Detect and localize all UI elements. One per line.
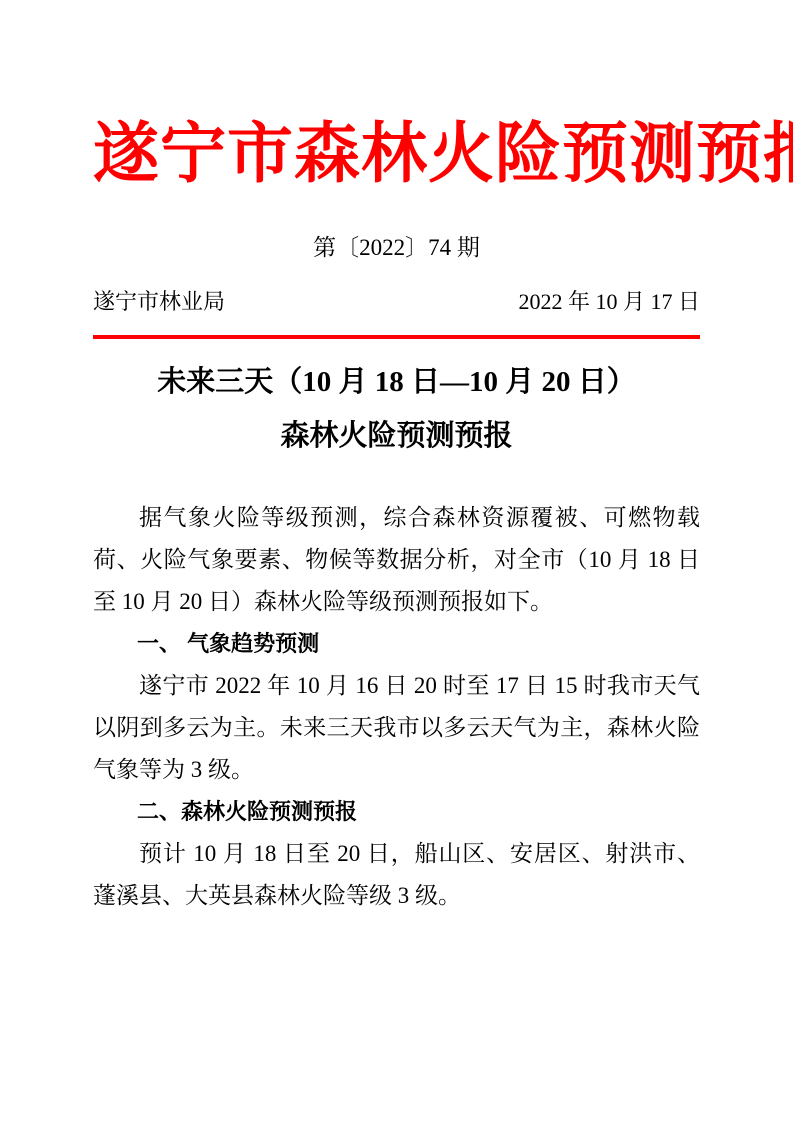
issue-number: 第〔2022〕74 期 xyxy=(93,233,700,263)
section-2-title: 二、森林火险预测预报 xyxy=(93,791,700,833)
intro-paragraph: 据气象火险等级预测，综合森林资源覆被、可燃物载荷、火险气象要素、物候等数据分析，… xyxy=(93,497,700,623)
section-2-paragraph: 预计 10 月 18 日至 20 日，船山区、安居区、射洪市、蓬溪县、大英县森林… xyxy=(93,833,700,917)
publisher-name: 遂宁市林业局 xyxy=(93,287,225,317)
document-heading-line2: 森林火险预测预报 xyxy=(93,409,700,463)
section-1-title: 一、 气象趋势预测 xyxy=(93,623,700,665)
document-body: 据气象火险等级预测，综合森林资源覆被、可燃物载荷、火险气象要素、物候等数据分析，… xyxy=(93,497,700,917)
document-heading: 未来三天（10 月 18 日—10 月 20 日） 森林火险预测预报 xyxy=(93,355,700,463)
document-heading-line1: 未来三天（10 月 18 日—10 月 20 日） xyxy=(93,355,700,409)
masthead-divider xyxy=(93,335,700,339)
masthead-title: 遂宁市森林火险预测预报 xyxy=(93,0,700,195)
publisher-row: 遂宁市林业局 2022 年 10 月 17 日 xyxy=(93,287,700,317)
publish-date: 2022 年 10 月 17 日 xyxy=(518,287,700,317)
section-1-paragraph: 遂宁市 2022 年 10 月 16 日 20 时至 17 日 15 时我市天气… xyxy=(93,665,700,791)
document-page: 遂宁市森林火险预测预报 第〔2022〕74 期 遂宁市林业局 2022 年 10… xyxy=(0,0,793,1122)
